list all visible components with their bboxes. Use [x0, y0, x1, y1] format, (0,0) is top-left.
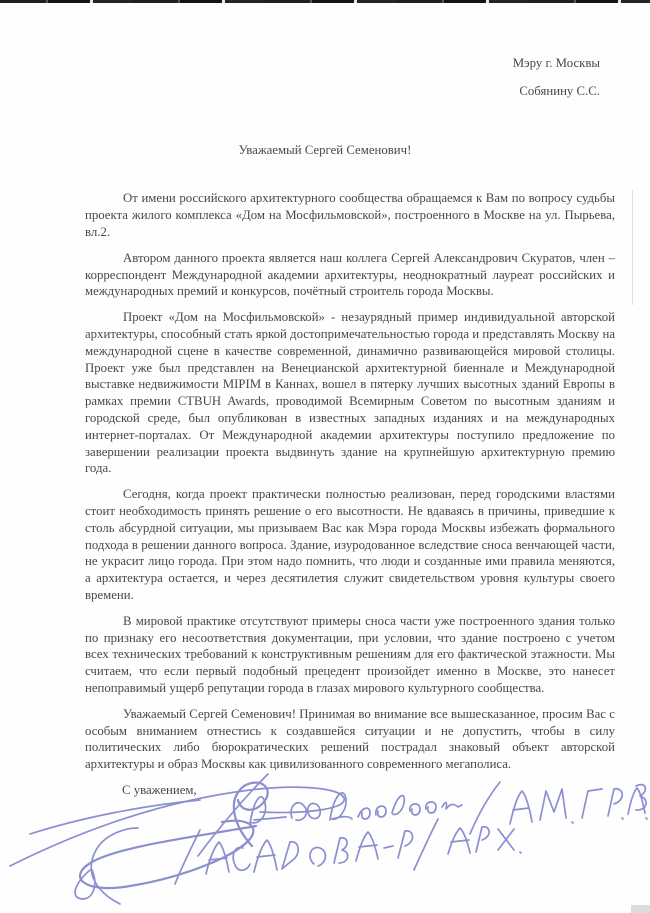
signature-stroke: [356, 832, 378, 861]
signatures-ink: [0, 745, 650, 913]
paragraph: От имени российского архитектурного сооб…: [85, 190, 615, 240]
signature-stroke: [476, 827, 489, 852]
signature-stroke: [310, 848, 325, 866]
scan-artifact-line: [632, 190, 633, 305]
signature-stroke: [254, 840, 277, 872]
signature-stroke: [582, 789, 602, 818]
paragraph: В мировой практике отсутствуют примеры с…: [85, 613, 615, 697]
signature-stroke: [282, 842, 298, 869]
signature-stroke: [398, 831, 413, 858]
signature-stroke: [520, 852, 521, 853]
signature-stroke: [358, 808, 370, 819]
signature-stroke: [646, 818, 647, 819]
signature-stroke: [10, 787, 344, 866]
signature-stroke: [30, 800, 200, 834]
signature-flourish-1: [10, 774, 344, 866]
signature-stroke: [330, 793, 352, 820]
paragraph: Проект «Дом на Мосфильмовской» - незауря…: [85, 309, 615, 477]
letter-body: От имени российского архитектурного сооб…: [85, 190, 615, 773]
signature-stroke: [572, 822, 573, 823]
signature-row1-handwriting: [250, 782, 647, 834]
signature-stroke: [334, 838, 348, 863]
signature-stroke: [442, 802, 462, 809]
signature-stroke: [448, 828, 470, 854]
scanned-letter-page: Мэру г. Москвы Собянину С.С. Уважаемый С…: [0, 0, 650, 913]
paragraph: Сегодня, когда проект практически полнос…: [85, 486, 615, 604]
signature-stroke: [510, 791, 532, 824]
signature-stroke: [392, 796, 404, 815]
signature-stroke: [622, 818, 623, 819]
recipient-line-2: Собянину С.С.: [0, 83, 600, 100]
signature-stroke: [414, 819, 438, 870]
signature-stroke: [498, 829, 514, 850]
signature-stroke: [540, 789, 566, 820]
signature-stroke: [426, 802, 436, 813]
paragraph: Автором данного проекта является наш кол…: [85, 250, 615, 300]
signature-stroke: [91, 828, 138, 904]
signature-stroke: [198, 774, 268, 856]
signature-stroke: [608, 789, 622, 816]
scan-top-edge-bar: [0, 0, 650, 3]
recipient-line-1: Мэру г. Москвы: [0, 55, 600, 72]
recipient-block: Мэру г. Москвы Собянину С.С.: [0, 55, 600, 100]
scan-corner-patch: [631, 905, 650, 913]
signature-stroke: [80, 821, 256, 888]
signature-stroke: [384, 846, 393, 848]
signature-stroke: [410, 804, 420, 815]
signature-stroke: [250, 797, 286, 824]
salutation: Уважаемый Сергей Семенович!: [0, 142, 650, 159]
signature-stroke: [206, 842, 229, 874]
signature-stroke: [376, 806, 386, 817]
signature-row2-handwriting: [175, 819, 521, 884]
signature-flourish-2: [75, 821, 256, 904]
